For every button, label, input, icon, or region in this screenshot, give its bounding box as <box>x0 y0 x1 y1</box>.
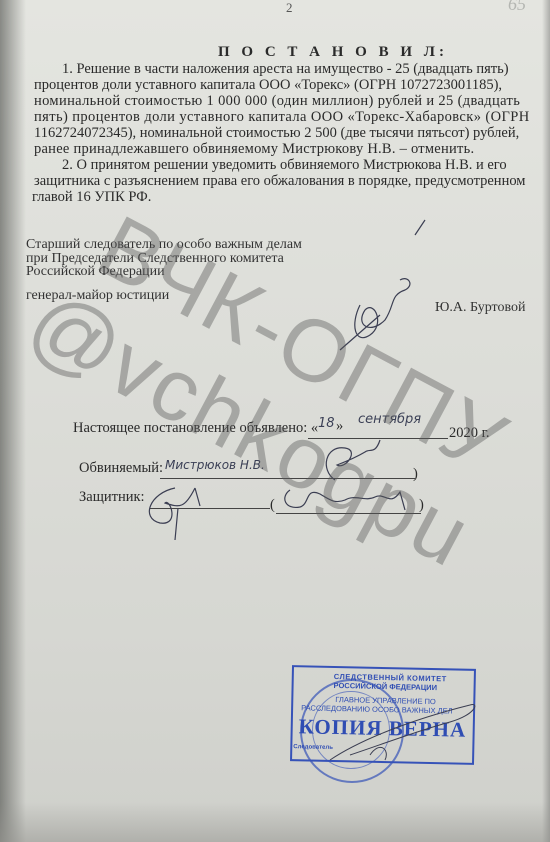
paragraph1-line6: ранее принадлежавшего обвиняемому Мистрю… <box>34 141 546 157</box>
handwritten-sheet-number: 65 <box>508 0 526 12</box>
paragraph2-line1: 2. О принятом решении уведомить обвиняем… <box>62 157 507 173</box>
paragraph2-line2: защитника с разъяснением права его обжал… <box>34 173 546 189</box>
paragraph1-line1: 1. Решение в части наложения ареста на и… <box>62 61 509 77</box>
paragraph1-line2-text: процентов доли уставного капитала ООО «Т… <box>34 77 502 93</box>
defender-signature <box>140 478 220 543</box>
paragraph1-line2: процентов доли уставного капитала ООО «Т… <box>34 77 546 93</box>
document-page: 2 65 П О С Т А Н О В И Л: 1. Решение в ч… <box>0 0 550 842</box>
paragraph1-line4: пять) процентов доли уставного капитала … <box>34 109 546 125</box>
document-heading: П О С Т А Н О В И Л: <box>218 44 448 60</box>
paragraph1-line3: номинальной стоимостью 1 000 000 (один м… <box>34 93 546 109</box>
paragraph1-line5: 1162724072345), номинальной стоимостью 2… <box>34 125 546 141</box>
defender-label: Защитник: <box>79 489 145 505</box>
page-shadow-bottom <box>0 802 550 842</box>
page-number: 2 <box>286 0 293 16</box>
stamp-footer: Следователь <box>293 744 333 751</box>
signatory-name: Ю.А. Буртовой <box>435 300 525 316</box>
accused-label: Обвиняемый: <box>79 460 163 476</box>
stamp-line2: РОССИЙСКОЙ ФЕДЕРАЦИИ <box>334 681 438 692</box>
page-shadow-left <box>0 0 26 842</box>
stamp-signature <box>330 700 480 770</box>
